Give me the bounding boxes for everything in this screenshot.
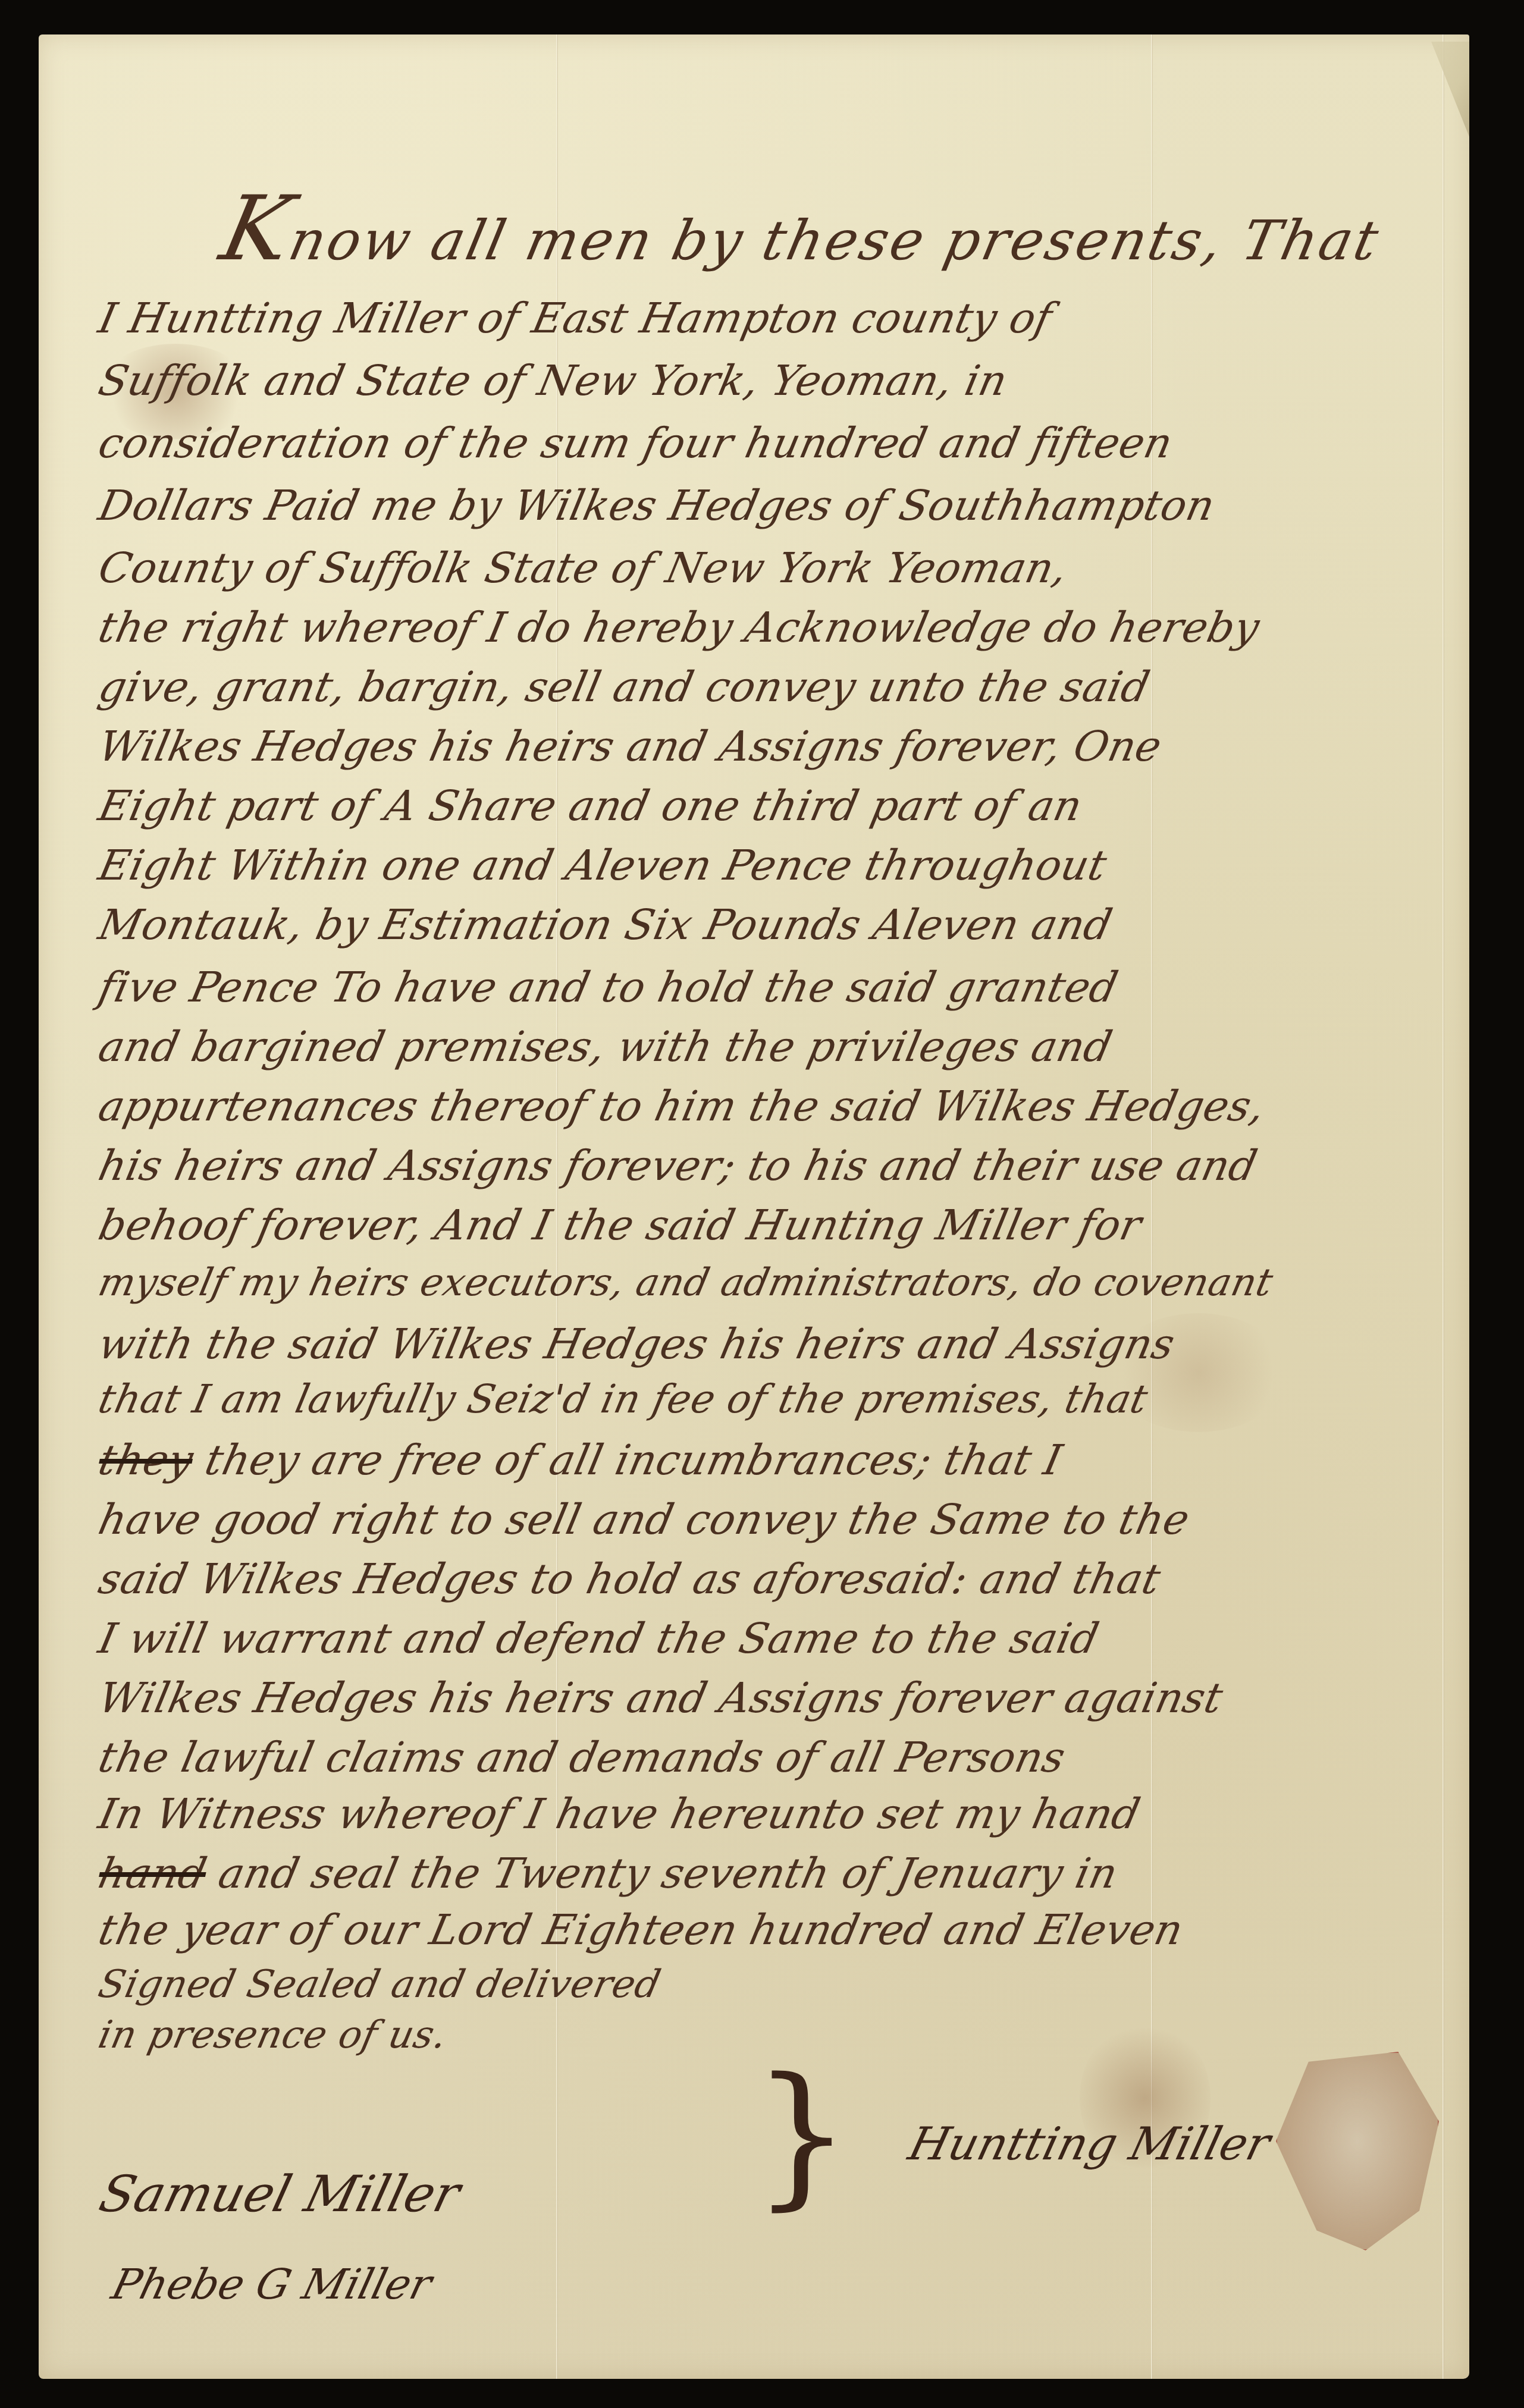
- deed-line: have good right to sell and convey the S…: [95, 1499, 1193, 1540]
- deed-line: with the said Wilkes Hedges his heirs an…: [95, 1323, 1178, 1365]
- folded-corner: [1422, 42, 1469, 137]
- deed-line: Wilkes Hedges his heirs and Assigns fore…: [95, 726, 1165, 767]
- witness-signature: Samuel Miller: [94, 2165, 466, 2223]
- deed-line: the year of our Lord Eighteen hundred an…: [95, 1909, 1187, 1951]
- deed-line: said Wilkes Hedges to hold as aforesaid:…: [95, 1558, 1164, 1600]
- deed-line: give, grant, bargin, sell and convey unt…: [95, 666, 1153, 708]
- deed-line: myself my heirs executors, and administr…: [95, 1264, 1276, 1302]
- fold-crease: [1443, 34, 1444, 2379]
- attestation-line: in presence of us.: [95, 2016, 450, 2054]
- deed-line: Wilkes Hedges his heirs and Assigns fore…: [95, 1677, 1227, 1719]
- deed-line: Eight part of A Share and one third part…: [95, 785, 1086, 827]
- deed-line: and bargined premises, with the privileg…: [95, 1026, 1116, 1068]
- witness-signature: Phebe G Miller: [107, 2260, 437, 2309]
- deed-line: Montauk, by Estimation Six Pounds Aleven…: [95, 904, 1116, 946]
- grantor-signature: Huntting Miller: [904, 2117, 1276, 2170]
- deed-line: I Huntting Miller of East Hampton county…: [95, 297, 1056, 339]
- deed-line: his heirs and Assigns forever; to his an…: [95, 1145, 1261, 1186]
- deed-line: appurtenances thereof to him the said Wi…: [95, 1085, 1269, 1127]
- deed-line: Suffolk and State of New York, Yeoman, i…: [95, 360, 1011, 401]
- deed-line: consideration of the sum four hundred an…: [95, 422, 1176, 464]
- deed-line: County of Suffolk State of New York Yeom…: [95, 547, 1071, 589]
- deed-line: behoof forever, And I the said Hunting M…: [95, 1204, 1145, 1246]
- deed-line: five Pence To have and to hold the said …: [95, 966, 1121, 1008]
- deed-line-struck: they they are free of all incumbrances; …: [95, 1439, 1066, 1481]
- struck-word: hand: [95, 1849, 211, 1898]
- bracket-symbol: }: [752, 2058, 851, 2212]
- deed-line: the lawful claims and demands of all Per…: [95, 1737, 1069, 1778]
- deed-line: Eight Within one and Aleven Pence throug…: [95, 844, 1111, 886]
- deed-line: that I am lawfully Seiz'd in fee of the …: [95, 1380, 1151, 1419]
- deed-line: I will warrant and defend the Same to th…: [95, 1618, 1102, 1659]
- deed-line: Dollars Paid me by Wilkes Hedges of Sout…: [95, 485, 1218, 526]
- deed-line-struck: hand and seal the Twenty seventh of Jenu…: [95, 1853, 1121, 1894]
- struck-word: they: [95, 1436, 198, 1484]
- attestation-line: Signed Sealed and delivered: [95, 1966, 664, 2004]
- deed-line: In Witness whereof I have hereunto set m…: [95, 1793, 1144, 1835]
- deed-heading: Know all men by these presents, That: [214, 184, 1391, 274]
- deed-line: the right whereof I do hereby Acknowledg…: [95, 607, 1263, 648]
